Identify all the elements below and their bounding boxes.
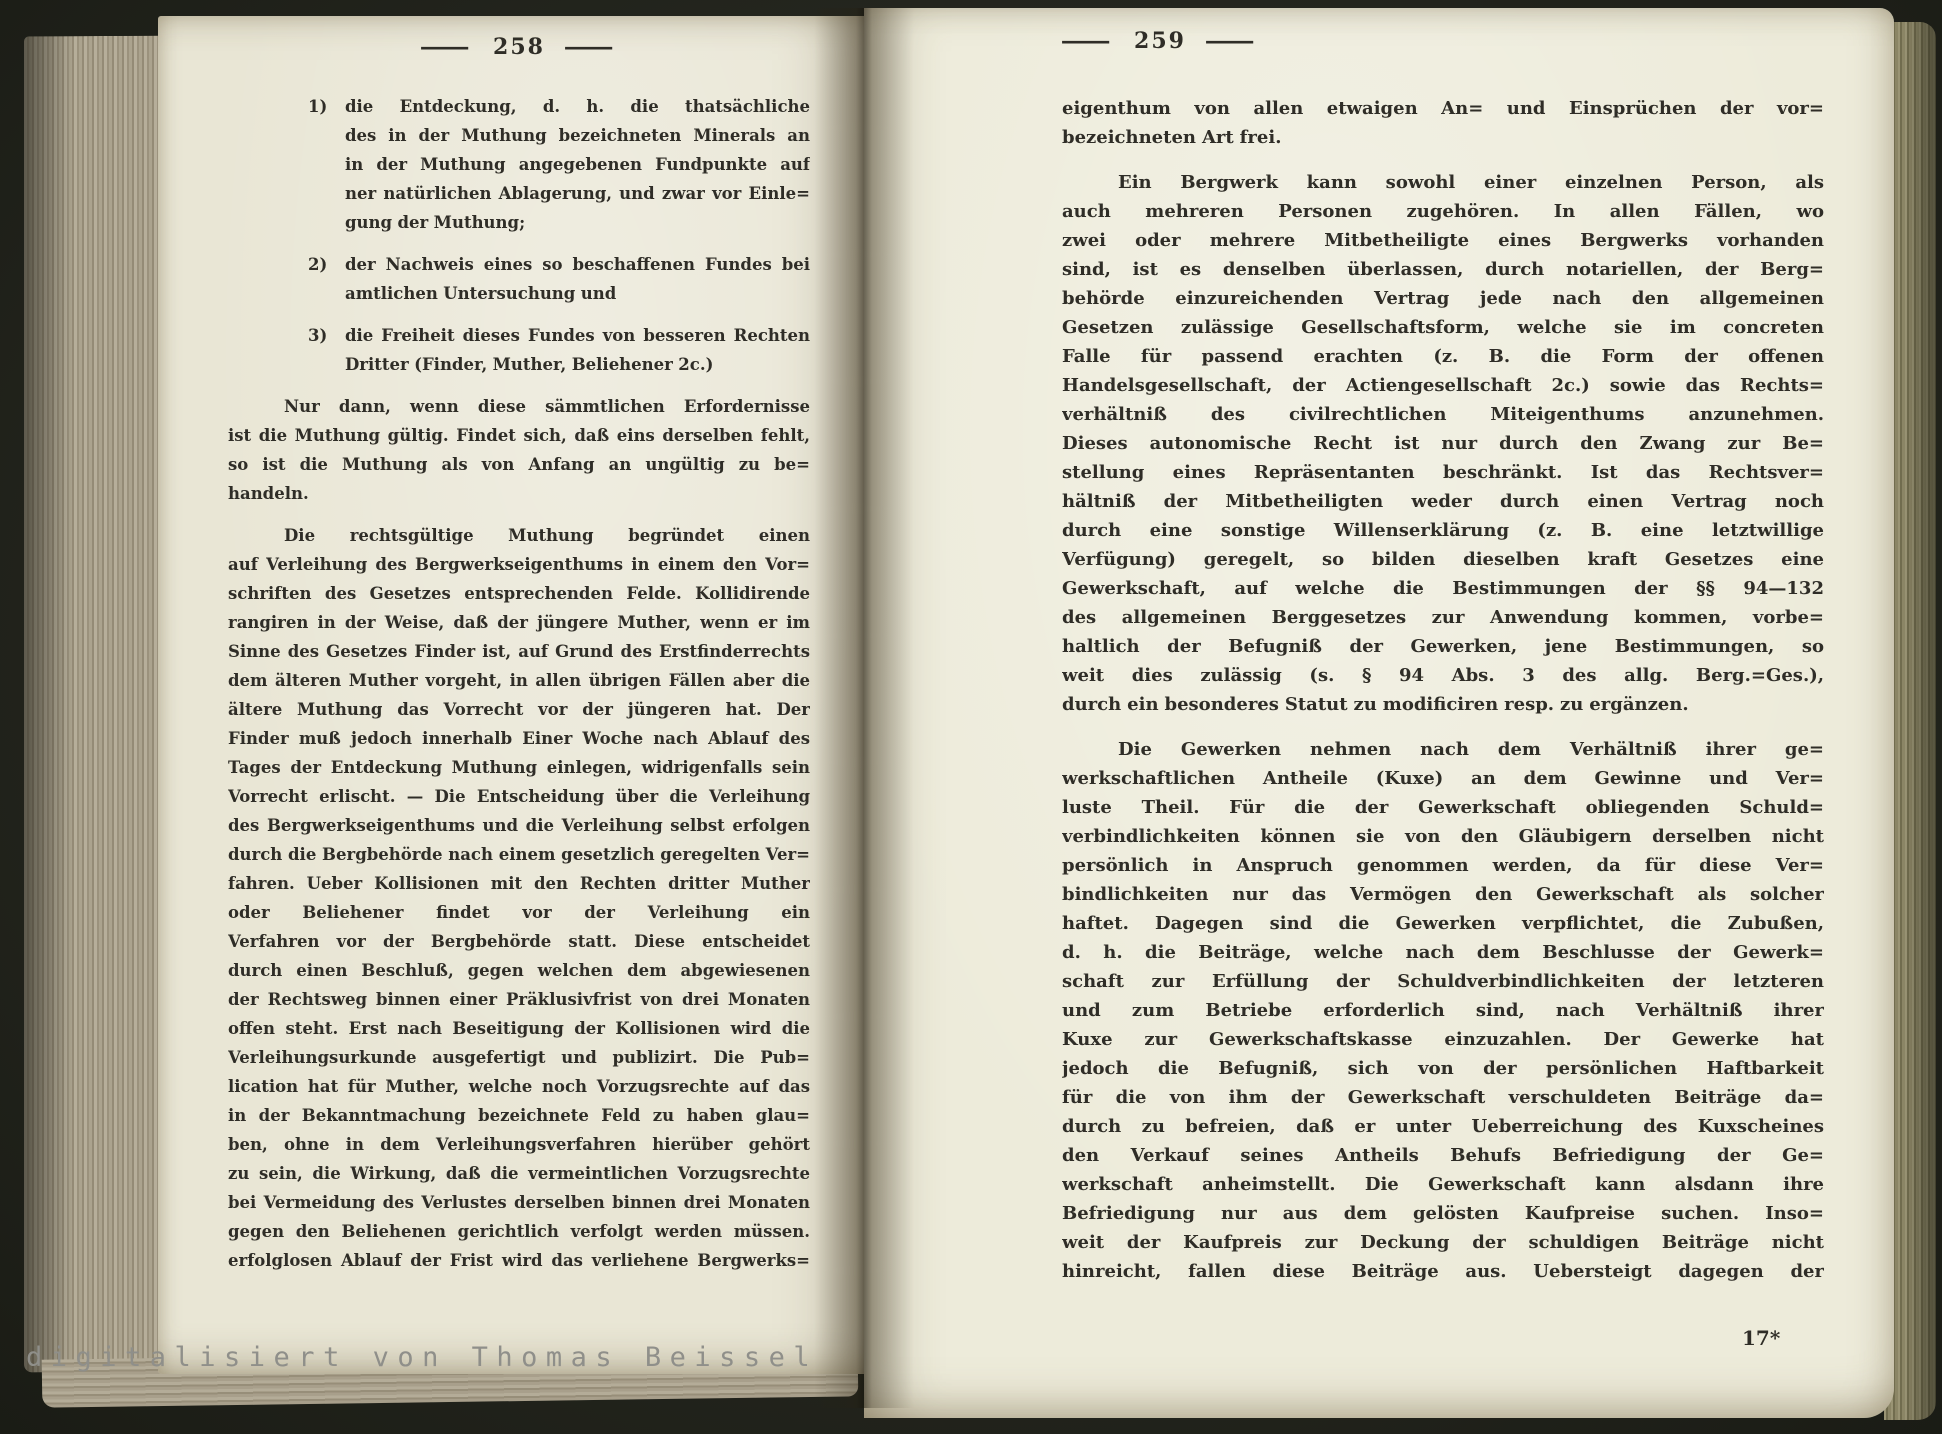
text-line: offen steht. Erst nach Beseitigung der K… (228, 1014, 810, 1043)
text-line: schriften des Gesetzes entsprechenden Fe… (228, 579, 810, 608)
right-page-text: eigenthum von allen etwaigen An= und Ein… (1062, 94, 1824, 1286)
left-page-text: 1)die Entdeckung, d. h. die thatsächlich… (228, 92, 810, 1275)
text-line: Handelsgesellschaft, der Actiengesellsch… (1062, 371, 1824, 400)
text-line: ben, ohne in dem Verleihungsverfahren hi… (228, 1130, 810, 1159)
signature-mark: 17* (1742, 1326, 1780, 1350)
text-line: verhältniß des civilrechtlichen Miteigen… (1062, 400, 1824, 429)
text-line: gegen den Beliehenen gerichtlich verfolg… (228, 1217, 810, 1246)
text-line: Vorrecht erlischt. — Die Entscheidung üb… (228, 782, 810, 811)
text-line: zu sein, die Wirkung, daß die vermeintli… (228, 1159, 810, 1188)
list-marker: 1) (308, 92, 327, 121)
text-line: sind, ist es denselben überlassen, durch… (1062, 255, 1824, 284)
text-line: werkschaft anheimstellt. Die Gewerkschaf… (1062, 1170, 1824, 1199)
text-line: und zum Betriebe erforderlich sind, nach… (1062, 996, 1824, 1025)
header-dash: — (1059, 28, 1117, 54)
list-marker: 3) (308, 321, 327, 350)
text-line: gung der Muthung; (345, 208, 810, 237)
text-line: lication hat für Muther, welche noch Vor… (228, 1072, 810, 1101)
text-line: in der Bekanntmachung bezeichnete Feld z… (228, 1101, 810, 1130)
text-line: handeln. (228, 479, 810, 508)
page-stack-left-edge (24, 36, 164, 1373)
text-line: weit der Kaufpreis zur Deckung der schul… (1062, 1228, 1824, 1257)
text-line: stellung eines Repräsentanten beschränkt… (1062, 458, 1824, 487)
header-dash: — (562, 34, 620, 60)
text-line: Kuxe zur Gewerkschaftskasse einzuzahlen.… (1062, 1025, 1824, 1054)
text-line: Finder muß jedoch innerhalb Einer Woche … (228, 724, 810, 753)
text-line: auch mehreren Personen zugehören. In all… (1062, 197, 1824, 226)
text-line: Falle für passend erachten (z. B. die Fo… (1062, 342, 1824, 371)
list-marker: 2) (308, 250, 327, 279)
text-line: bindlichkeiten nur das Vermögen den Gewe… (1062, 880, 1824, 909)
text-line: dem älteren Muther vorgeht, in allen übr… (228, 666, 810, 695)
list-item: 1)die Entdeckung, d. h. die thatsächlich… (228, 92, 810, 237)
text-line: des allgemeinen Berggesetzes zur Anwendu… (1062, 603, 1824, 632)
text-line: so ist die Muthung als von Anfang an ung… (228, 450, 810, 479)
paragraph: eigenthum von allen etwaigen An= und Ein… (1062, 94, 1824, 152)
text-line: d. h. die Beiträge, welche nach dem Besc… (1062, 938, 1824, 967)
text-line: luste Theil. Für die der Gewerkschaft ob… (1062, 793, 1824, 822)
text-line: des in der Muthung bezeichneten Minerals… (345, 121, 810, 150)
text-line: Tages der Entdeckung Muthung einlegen, w… (228, 753, 810, 782)
text-line: werkschaftlichen Antheile (Kuxe) an dem … (1062, 764, 1824, 793)
text-line: durch eine sonstige Willenserklärung (z.… (1062, 516, 1824, 545)
text-line: weit dies zulässig (s. § 94 Abs. 3 des a… (1062, 661, 1824, 690)
text-line: fahren. Ueber Kollisionen mit den Rechte… (228, 869, 810, 898)
text-line: haftet. Dagegen sind die Gewerken verpfl… (1062, 909, 1824, 938)
text-line: eigenthum von allen etwaigen An= und Ein… (1062, 94, 1824, 123)
text-line: jedoch die Befugniß, sich von der persön… (1062, 1054, 1824, 1083)
text-line: Sinne des Gesetzes Finder ist, auf Grund… (228, 637, 810, 666)
text-line: zwei oder mehrere Mitbetheiligte eines B… (1062, 226, 1824, 255)
text-line: Befriedigung nur aus dem gelösten Kaufpr… (1062, 1199, 1824, 1228)
digitization-watermark: digitalisiert von Thomas Beissel (26, 1342, 818, 1373)
paragraph: Ein Bergwerk kann sowohl einer einzelnen… (1062, 168, 1824, 719)
text-line: ist die Muthung gültig. Findet sich, daß… (228, 421, 810, 450)
text-line: den Verkauf seines Antheils Behufs Befri… (1062, 1141, 1824, 1170)
header-dash: — (418, 34, 476, 60)
text-line: in der Muthung angegebenen Fundpunkte au… (345, 150, 810, 179)
text-line: die Entdeckung, d. h. die thatsächliche … (345, 92, 810, 121)
text-line: erfolglosen Ablauf der Frist wird das ve… (228, 1246, 810, 1275)
list-item: 3)die Freiheit dieses Fundes von bessere… (228, 321, 810, 379)
text-line: bezeichneten Art frei. (1062, 123, 1824, 152)
page-number-left: 258 (493, 34, 545, 60)
paragraph: Nur dann, wenn diese sämmtlichen Erforde… (228, 392, 810, 508)
text-line: amtlichen Untersuchung und (345, 279, 810, 308)
paragraph: Die Gewerken nehmen nach dem Verhältniß … (1062, 735, 1824, 1286)
text-line: durch zu befreien, daß er unter Ueberrei… (1062, 1112, 1824, 1141)
text-line: behörde einzureichenden Vertrag jede nac… (1062, 284, 1824, 313)
text-line: hältniß der Mitbetheiligten weder durch … (1062, 487, 1824, 516)
text-line: haltlich der Befugniß der Gewerken, jene… (1062, 632, 1824, 661)
text-line: oder Beliehener findet vor der Verleihun… (228, 898, 810, 927)
page-header-left: — 258 — (228, 34, 810, 60)
text-line: Verfügung) geregelt, so bilden dieselben… (1062, 545, 1824, 574)
text-line: Nur dann, wenn diese sämmtlichen Erforde… (228, 392, 810, 421)
text-line: der Rechtsweg binnen einer Präklusivfris… (228, 985, 810, 1014)
text-line: Verfahren vor der Bergbehörde statt. Die… (228, 927, 810, 956)
paragraph: Die rechtsgültige Muthung begründet eine… (228, 521, 810, 1275)
text-line: auf Verleihung des Bergwerkseigenthums i… (228, 550, 810, 579)
text-line: Dieses autonomische Recht ist nur durch … (1062, 429, 1824, 458)
header-dash: — (1203, 28, 1261, 54)
text-line: Verleihungsurkunde ausgefertigt und publ… (228, 1043, 810, 1072)
text-line: Dritter (Finder, Muther, Beliehener 2c.) (345, 350, 810, 379)
text-line: Gewerkschaft, auf welche die Bestimmunge… (1062, 574, 1824, 603)
text-line: der Nachweis eines so beschaffenen Funde… (345, 250, 810, 279)
text-line: des Bergwerkseigenthums und die Verleihu… (228, 811, 810, 840)
page-number-right: 259 (1134, 28, 1186, 54)
text-line: Gesetzen zulässige Gesellschaftsform, we… (1062, 313, 1824, 342)
text-line: durch einen Beschluß, gegen welchen dem … (228, 956, 810, 985)
text-line: Die Gewerken nehmen nach dem Verhältniß … (1062, 735, 1824, 764)
text-line: verbindlichkeiten können sie von den Glä… (1062, 822, 1824, 851)
text-line: bei Vermeidung des Verlustes derselben b… (228, 1188, 810, 1217)
text-line: ner natürlichen Ablagerung, und zwar vor… (345, 179, 810, 208)
text-line: durch die Bergbehörde nach einem gesetzl… (228, 840, 810, 869)
text-line: für die von ihm der Gewerkschaft verschu… (1062, 1083, 1824, 1112)
text-line: die Freiheit dieses Fundes von besseren … (345, 321, 810, 350)
page-header-right: — 259 — (1040, 28, 1280, 54)
list-item: 2)der Nachweis eines so beschaffenen Fun… (228, 250, 810, 308)
text-line: hinreicht, fallen diese Beiträge aus. Ue… (1062, 1257, 1824, 1286)
text-line: schaft zur Erfüllung der Schuldverbindli… (1062, 967, 1824, 996)
text-line: Die rechtsgültige Muthung begründet eine… (228, 521, 810, 550)
text-line: ältere Muthung das Vorrecht vor der jüng… (228, 695, 810, 724)
text-line: durch ein besonderes Statut zu modificir… (1062, 690, 1824, 719)
text-line: Ein Bergwerk kann sowohl einer einzelnen… (1062, 168, 1824, 197)
text-line: rangiren in der Weise, daß der jüngere M… (228, 608, 810, 637)
text-line: persönlich in Anspruch genommen werden, … (1062, 851, 1824, 880)
book-scan: — 258 — — 259 — 1)die Entdeckung, d. h. … (0, 0, 1942, 1434)
